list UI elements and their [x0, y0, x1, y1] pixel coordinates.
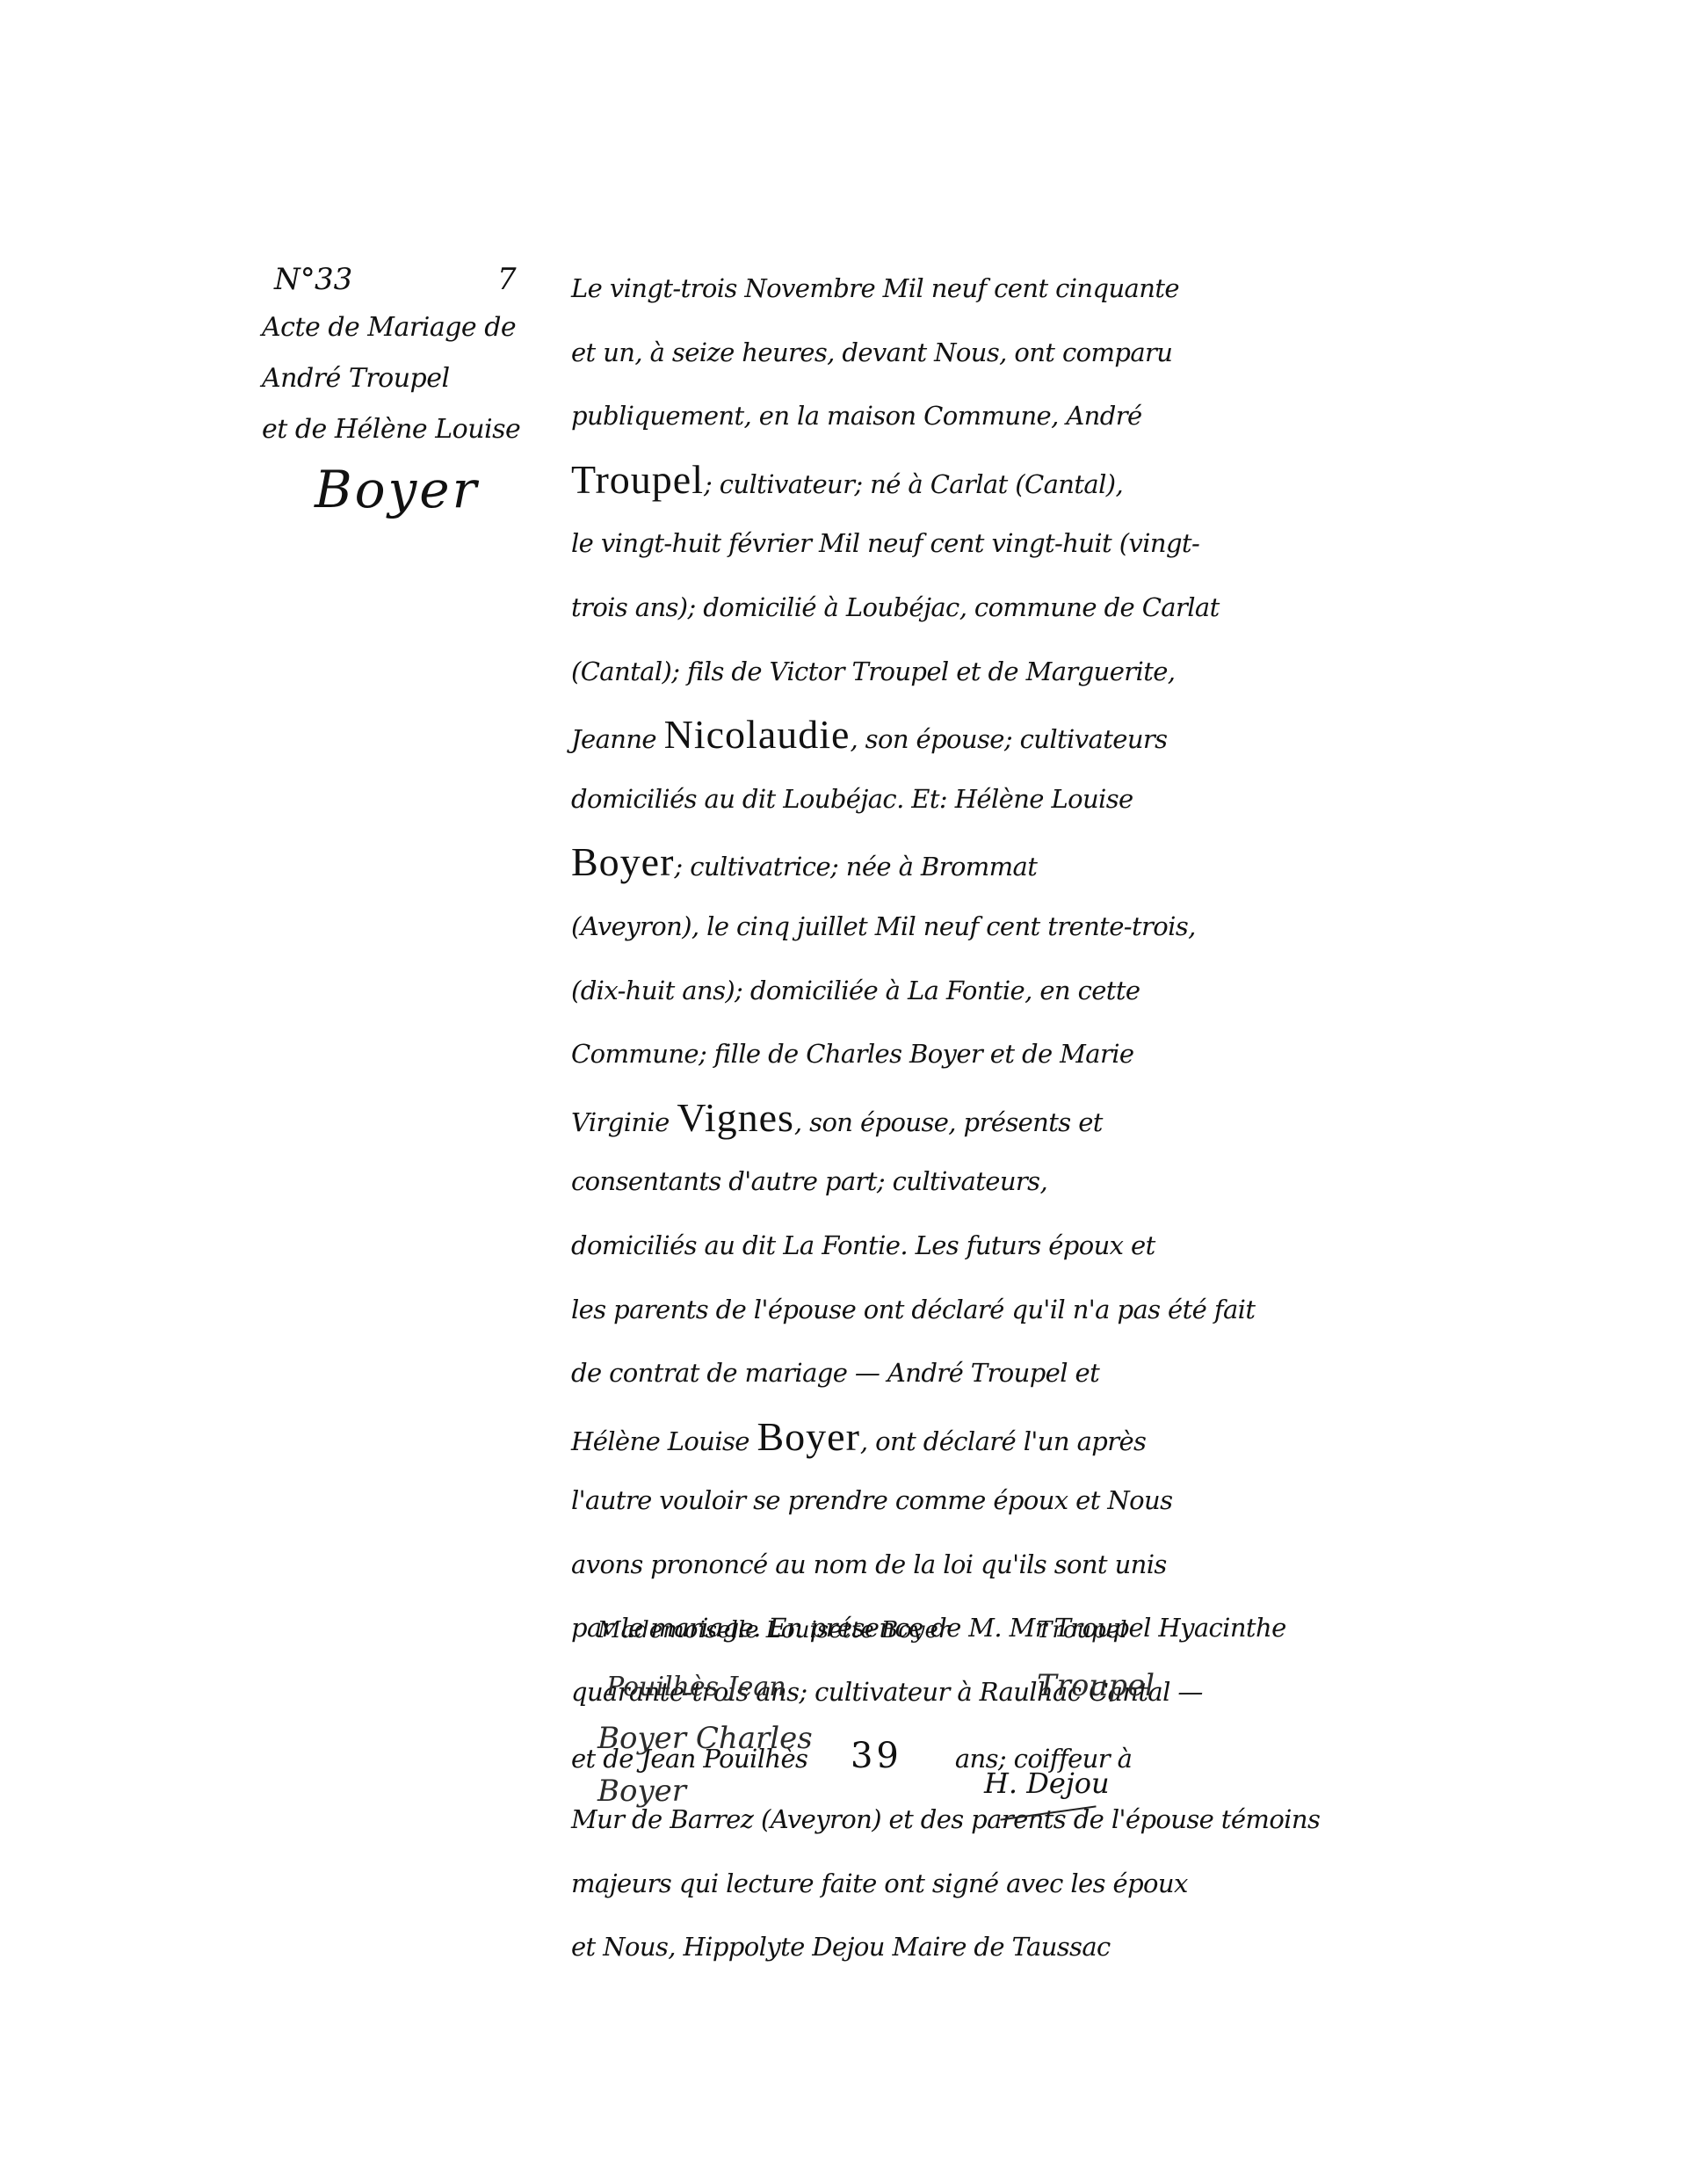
line-text: Le vingt-trois Novembre Mil neuf cent ci…	[571, 273, 1179, 303]
act-line: (dix-huit ans); domiciliée à La Fontie, …	[571, 959, 1388, 1023]
act-line: publiquement, en la maison Commune, Andr…	[571, 384, 1388, 448]
act-line: consentants d'autre part; cultivateurs,	[571, 1150, 1388, 1214]
line-text: publiquement, en la maison Commune, Andr…	[571, 401, 1142, 431]
act-line: Jeanne Nicolaudie, son épouse; cultivate…	[571, 703, 1388, 767]
page-mark: 7	[497, 257, 517, 302]
line-text: , son épouse, présents et	[794, 1107, 1103, 1137]
line-prefix: Jeanne	[571, 724, 656, 754]
line-text: l'autre vouloir se prendre comme époux e…	[571, 1485, 1172, 1515]
line-text: et Nous, Hippolyte Dejou Maire de Taussa…	[571, 1932, 1111, 1962]
margin-bride: et de Hélène Louise	[262, 404, 561, 455]
act-line: le vingt-huit février Mil neuf cent ving…	[571, 512, 1388, 576]
act-line: Virginie Vignes, son épouse, présents et	[571, 1086, 1388, 1150]
line-text: les parents de l'épouse ont déclaré qu'i…	[571, 1295, 1255, 1324]
line-text: de contrat de mariage — André Troupel et	[571, 1358, 1099, 1388]
highlighted-surname: Boyer	[757, 1414, 860, 1459]
act-line: l'autre vouloir se prendre comme époux e…	[571, 1469, 1388, 1533]
act-line: Boyer; cultivatrice; née à Brommat	[571, 831, 1388, 895]
line-text: ; cultivatrice; née à Brommat	[674, 852, 1037, 882]
line-text: , ont déclaré l'un après	[860, 1426, 1146, 1456]
act-line: Hélène Louise Boyer, ont déclaré l'un ap…	[571, 1405, 1388, 1469]
act-line: (Cantal); fils de Victor Troupel et de M…	[571, 640, 1388, 704]
act-line: (Aveyron), le cinq juillet Mil neuf cent…	[571, 895, 1388, 959]
act-line: Le vingt-trois Novembre Mil neuf cent ci…	[571, 257, 1388, 321]
signature-mayor: H. Dejou	[984, 1767, 1110, 1800]
act-line: domiciliés au dit Loubéjac. Et: Hélène L…	[571, 767, 1388, 831]
line-prefix: Hélène Louise	[571, 1426, 749, 1456]
highlighted-surname: Troupel	[571, 457, 704, 502]
act-line: Commune; fille de Charles Boyer et de Ma…	[571, 1022, 1388, 1086]
margin-groom: André Troupel	[262, 353, 561, 404]
line-text: domiciliés au dit La Fontie. Les futurs …	[571, 1230, 1155, 1260]
entry-number-row: N° 33 7	[262, 257, 561, 302]
highlighted-surname: Nicolaudie	[664, 712, 851, 757]
act-line: et Nous, Hippolyte Dejou Maire de Taussa…	[571, 1915, 1388, 1979]
scanned-register-page: N° 33 7 Acte de Mariage de André Troupel…	[0, 0, 1687, 2184]
line-text: (dix-huit ans); domiciliée à La Fontie, …	[571, 976, 1140, 1005]
signature-witness-troupel: Troupel	[1037, 1668, 1155, 1703]
line-text: et un, à seize heures, devant Nous, ont …	[571, 337, 1172, 367]
signature-witness-pouilhes: Pouilhès Jean	[606, 1672, 786, 1702]
signature-groom: Troupel	[1037, 1617, 1127, 1643]
line-text: (Cantal); fils de Victor Troupel et de M…	[571, 657, 1175, 686]
act-line: majeurs qui lecture faite ont signé avec…	[571, 1852, 1388, 1916]
line-text: avons prononcé au nom de la loi qu'ils s…	[571, 1549, 1167, 1579]
highlighted-surname: Boyer	[571, 839, 674, 884]
line-text: consentants d'autre part; cultivateurs,	[571, 1166, 1047, 1196]
line-text: le vingt-huit février Mil neuf cent ving…	[571, 528, 1199, 558]
line-prefix: Virginie	[571, 1107, 670, 1137]
act-line: Troupel; cultivateur; né à Carlat (Canta…	[571, 448, 1388, 512]
highlighted-surname: Vignes	[677, 1095, 794, 1140]
line-text: trois ans); domicilié à Loubéjac, commun…	[571, 592, 1220, 622]
signature-bride: Mademoiselle Louisette Boyer	[597, 1617, 949, 1643]
act-line: domiciliés au dit La Fontie. Les futurs …	[571, 1214, 1388, 1278]
act-line: trois ans); domicilié à Loubéjac, commun…	[571, 576, 1388, 640]
line-text: ; cultivateur; né à Carlat (Cantal),	[704, 469, 1123, 499]
line-text: Commune; fille de Charles Boyer et de Ma…	[571, 1039, 1133, 1069]
margin-annotation: N° 33 7 Acte de Mariage de André Troupel…	[262, 257, 561, 524]
act-line: et un, à seize heures, devant Nous, ont …	[571, 321, 1388, 385]
line-text: domiciliés au dit Loubéjac. Et: Hélène L…	[571, 784, 1133, 814]
line-text: (Aveyron), le cinq juillet Mil neuf cent…	[571, 911, 1196, 941]
act-line: de contrat de mariage — André Troupel et	[571, 1341, 1388, 1405]
margin-title: Acte de Mariage de	[262, 302, 561, 353]
act-line: avons prononcé au nom de la loi qu'ils s…	[571, 1533, 1388, 1597]
signature-flourish	[1000, 1805, 1096, 1820]
line-text: , son épouse; cultivateurs	[850, 724, 1167, 754]
signature-father-boyer: Boyer Charles	[597, 1721, 813, 1756]
signature-mother-boyer: Boyer	[597, 1774, 686, 1809]
entry-number: 33	[315, 257, 352, 302]
entry-prefix: N°	[274, 257, 315, 302]
line-text: majeurs qui lecture faite ont signé avec…	[571, 1868, 1188, 1898]
margin-bride-surname: Boyer	[262, 455, 561, 524]
act-line: les parents de l'épouse ont déclaré qu'i…	[571, 1278, 1388, 1342]
signatures-block: Mademoiselle Louisette Boyer Troupel Pou…	[580, 1617, 1406, 1828]
